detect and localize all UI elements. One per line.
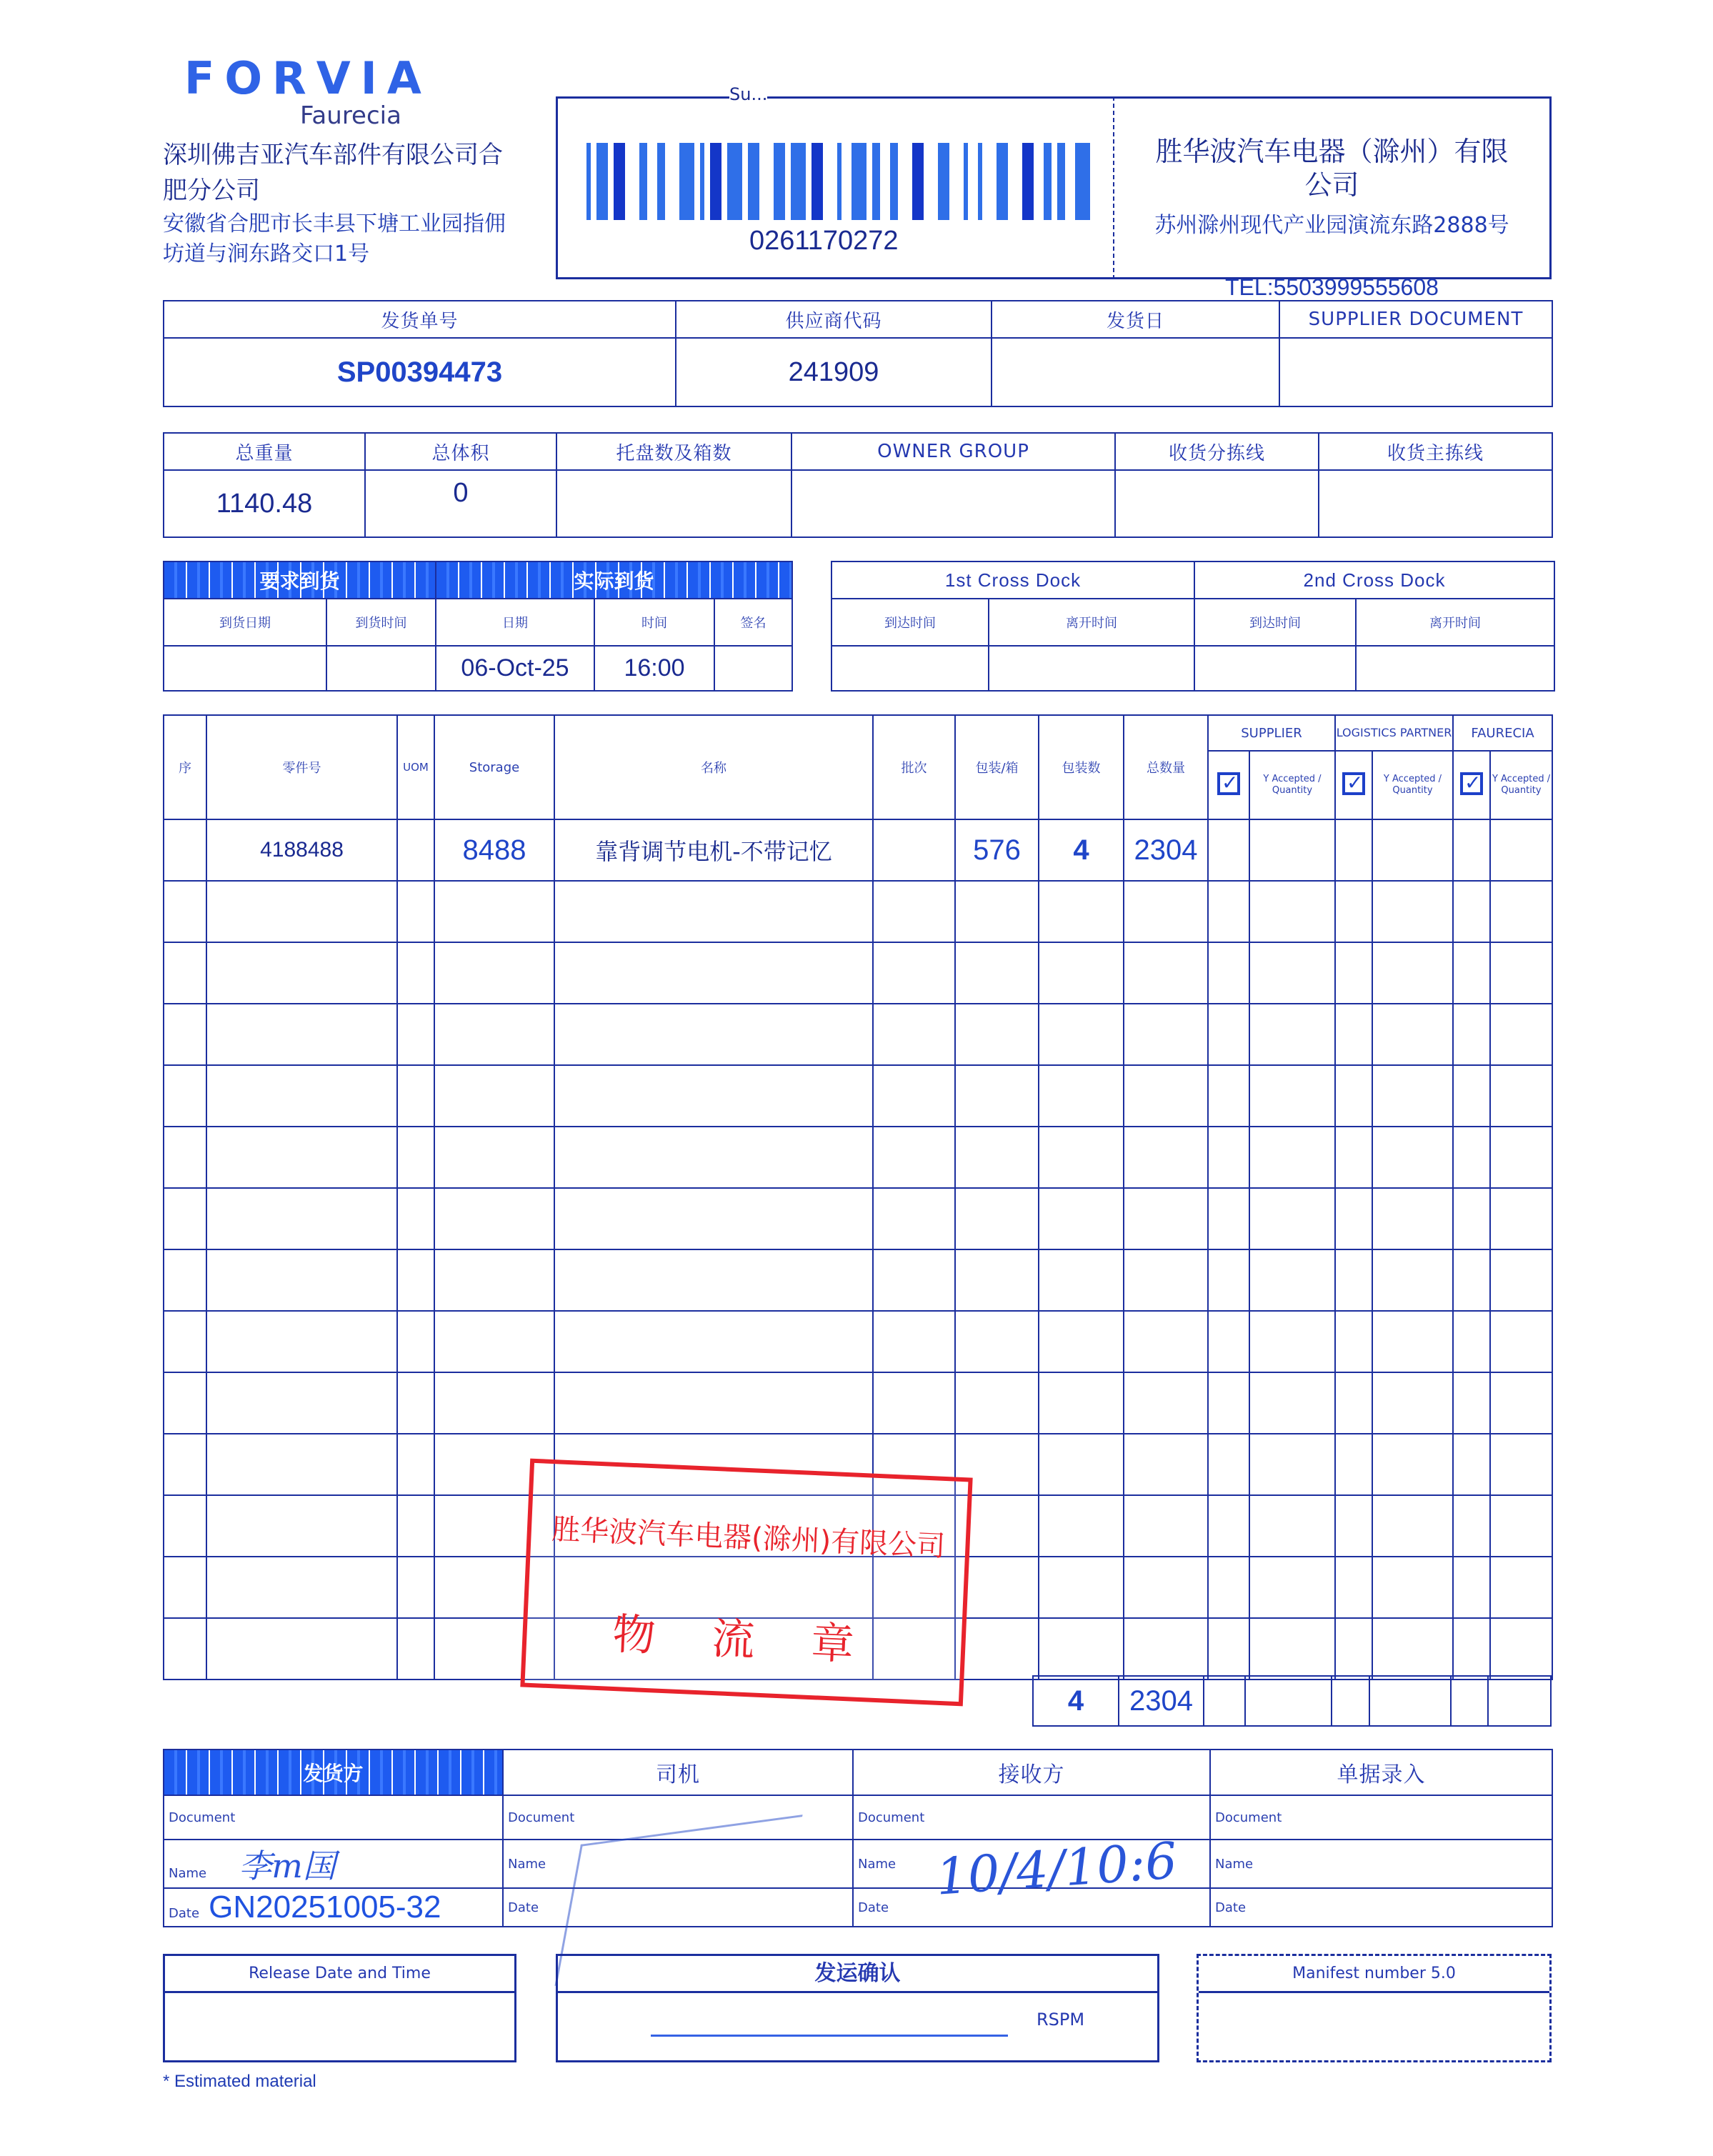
table-row-empty — [164, 1249, 1552, 1311]
header-1st-cross-dock: 1st Cross Dock — [831, 562, 1194, 599]
totals-table: 4 2304 — [1032, 1675, 1552, 1727]
cell-empty — [1335, 1127, 1372, 1188]
value-supplier-document — [1279, 338, 1552, 406]
cell-empty — [1208, 1004, 1249, 1065]
shipper-date-value: GN20251005-32 — [209, 1890, 441, 1925]
cell-empty — [554, 1188, 873, 1249]
entry-name-label: Name — [1210, 1840, 1552, 1888]
cell-empty — [1453, 1065, 1490, 1127]
cell-empty — [873, 1188, 955, 1249]
shipper-name-cell: Name 李m国 — [164, 1840, 503, 1888]
cell-empty — [955, 1618, 1039, 1680]
cell-empty — [1208, 1434, 1249, 1495]
barcode-bar — [938, 143, 949, 220]
value-sort-line — [1115, 470, 1319, 537]
ship-confirm-title: 发运确认 — [558, 1956, 1157, 1993]
cell-empty — [1039, 1495, 1124, 1557]
signature-table: 发货方 司机 接收方 单据录入 Document Document Docume… — [163, 1749, 1553, 1927]
cell-empty — [554, 942, 873, 1004]
cell-empty — [1372, 1065, 1453, 1127]
cell-empty — [397, 1004, 434, 1065]
cell-empty — [873, 1127, 955, 1188]
cell-name: 靠背调节电机-不带记忆 — [554, 819, 873, 881]
release-box: Release Date and Time — [163, 1954, 516, 2062]
cell-empty — [1335, 1372, 1372, 1434]
header-2nd-cross-dock: 2nd Cross Dock — [1194, 562, 1554, 599]
cell-empty — [206, 1249, 397, 1311]
cell-part-no: 4188488 — [206, 819, 397, 881]
value-cd1-arrive — [831, 646, 989, 691]
cell-empty — [1453, 1127, 1490, 1188]
cell-empty — [434, 1311, 554, 1372]
cell-empty — [1372, 1372, 1453, 1434]
total-cell — [1369, 1676, 1451, 1726]
checkbox-checked-icon — [1460, 772, 1483, 795]
band-actual-arrival: 实际到货 — [436, 562, 792, 599]
cell-empty — [1124, 1618, 1208, 1680]
cell-empty — [1124, 1495, 1208, 1557]
barcode-bar — [639, 143, 647, 220]
cell-empty — [1249, 1495, 1335, 1557]
header-act-date: 日期 — [436, 599, 594, 646]
cell-empty — [1490, 1188, 1552, 1249]
cell-empty — [1490, 1127, 1552, 1188]
barcode-bar — [872, 143, 880, 220]
manifest-title: Manifest number 5.0 — [1199, 1956, 1549, 1993]
barcode-bar — [586, 143, 591, 220]
shipper-name-handwritten: 李m国 — [239, 1847, 336, 1885]
cell-empty — [1490, 1618, 1552, 1680]
delivery-table: 要求到货 实际到货 到货日期 到货时间 日期 时间 签名 06-Oct-25 1… — [163, 561, 793, 692]
cell-empty — [1124, 1249, 1208, 1311]
barcode-bar — [1044, 143, 1052, 220]
value-total-volume: 0 — [365, 470, 556, 537]
cell-empty — [1453, 1434, 1490, 1495]
value-main-line — [1319, 470, 1552, 537]
value-act-time: 16:00 — [594, 646, 714, 691]
cell-empty — [955, 1311, 1039, 1372]
cell-empty — [1124, 1065, 1208, 1127]
ship-confirm-line — [651, 2035, 1008, 2037]
check-supplier[interactable] — [1208, 751, 1249, 819]
col-part-no: 零件号 — [206, 715, 397, 819]
col-name: 名称 — [554, 715, 873, 819]
barcode-bar — [1057, 143, 1065, 220]
cell-empty — [1372, 1618, 1453, 1680]
value-act-date: 06-Oct-25 — [436, 646, 594, 691]
header-driver: 司机 — [503, 1750, 853, 1795]
check-faurecia[interactable] — [1453, 751, 1490, 819]
table-row-empty — [164, 1372, 1552, 1434]
cell-empty — [164, 1311, 206, 1372]
cell-empty — [1372, 1311, 1453, 1372]
cell-empty — [1335, 1557, 1372, 1618]
cell-empty — [955, 881, 1039, 942]
header-pallets: 托盘数及箱数 — [556, 433, 791, 470]
cell-empty — [1208, 1618, 1249, 1680]
entry-date-label: Date — [1210, 1888, 1552, 1927]
cell-check — [1453, 819, 1490, 881]
barcode-bar — [837, 143, 841, 220]
logo-sub: Faurecia — [300, 101, 441, 130]
table-row-empty — [164, 1311, 1552, 1372]
table-row: 41884888488靠背调节电机-不带记忆57642304 — [164, 819, 1552, 881]
cell-check — [1490, 819, 1552, 881]
table-row-empty — [164, 881, 1552, 942]
header-req-date: 到货日期 — [164, 599, 326, 646]
cell-empty — [1372, 1495, 1453, 1557]
cell-empty — [1453, 1249, 1490, 1311]
shipper-date-label: Date — [169, 1906, 199, 1921]
cell-empty — [1039, 1557, 1124, 1618]
cell-empty — [1208, 1188, 1249, 1249]
cell-empty — [164, 1188, 206, 1249]
cell-empty — [206, 1495, 397, 1557]
cell-empty — [1453, 1557, 1490, 1618]
cell-empty — [955, 942, 1039, 1004]
cell-empty — [1124, 1127, 1208, 1188]
cell-empty — [397, 1557, 434, 1618]
barcode-bar — [710, 143, 721, 220]
cell-empty — [1372, 1188, 1453, 1249]
cell-empty — [1208, 1372, 1249, 1434]
cell-empty — [1124, 1372, 1208, 1434]
cell-empty — [206, 1188, 397, 1249]
cell-empty — [1453, 1618, 1490, 1680]
cell-empty — [1490, 1311, 1552, 1372]
value-pallets — [556, 470, 791, 537]
col-per-box: 包装/箱 — [955, 715, 1039, 819]
cell-uom — [397, 819, 434, 881]
cell-empty — [397, 1065, 434, 1127]
header-req-time: 到货时间 — [326, 599, 436, 646]
cell-empty — [164, 1434, 206, 1495]
cell-empty — [1039, 1372, 1124, 1434]
header-cd1-arrive: 到达时间 — [831, 599, 989, 646]
cell-empty — [206, 1618, 397, 1680]
cell-empty — [873, 1249, 955, 1311]
total-boxes: 4 — [1033, 1676, 1119, 1726]
total-cell — [1332, 1676, 1369, 1726]
cell-empty — [164, 1372, 206, 1434]
cell-empty — [434, 1127, 554, 1188]
cell-empty — [1372, 1004, 1453, 1065]
band-shipper: 发货方 — [164, 1750, 503, 1795]
value-shipment-no: SP00394473 — [164, 338, 676, 406]
check-label-supplier: Y Accepted / Quantity — [1249, 751, 1335, 819]
customer-address-1: 安徽省合肥市长丰县下塘工业园指佣 — [163, 209, 549, 240]
cell-seq — [164, 819, 206, 881]
cell-empty — [955, 1127, 1039, 1188]
cell-empty — [1335, 1249, 1372, 1311]
footnote: * Estimated material — [163, 2072, 316, 2092]
check-logistics[interactable] — [1335, 751, 1372, 819]
value-cd2-leave — [1356, 646, 1554, 691]
cell-empty — [164, 1495, 206, 1557]
ship-confirm-box: 发运确认 RSPM — [556, 1954, 1159, 2062]
cell-check — [1335, 819, 1372, 881]
group-logistics: LOGISTICS PARTNER — [1335, 715, 1453, 751]
table-row-empty — [164, 1065, 1552, 1127]
cell-empty — [554, 1311, 873, 1372]
cell-empty — [554, 1127, 873, 1188]
header-receiver: 接收方 — [853, 1750, 1210, 1795]
cell-empty — [1039, 1311, 1124, 1372]
cell-empty — [434, 942, 554, 1004]
cell-empty — [434, 1372, 554, 1434]
customer-block: 深圳佛吉亚汽车部件有限公司合 肥分公司 安徽省合肥市长丰县下塘工业园指佣 坊道与… — [163, 137, 549, 269]
logo: FORVIA Faurecia — [184, 56, 441, 141]
group-faurecia: FAURECIA — [1453, 715, 1552, 751]
barcode-bar — [614, 143, 625, 220]
band-required-arrival: 要求到货 — [164, 562, 436, 599]
cell-empty — [1453, 942, 1490, 1004]
cell-empty — [873, 881, 955, 942]
value-cd2-arrive — [1194, 646, 1356, 691]
cell-empty — [206, 1127, 397, 1188]
cell-empty — [1039, 1188, 1124, 1249]
cell-empty — [1335, 1495, 1372, 1557]
logistics-stamp: 胜华波汽车电器(滁州)有限公司 物 流 章 — [520, 1459, 972, 1707]
value-signature — [714, 646, 792, 691]
cell-empty — [873, 1065, 955, 1127]
total-cell — [1451, 1676, 1488, 1726]
cell-empty — [1453, 1311, 1490, 1372]
cell-empty — [1453, 1495, 1490, 1557]
table-row-empty — [164, 942, 1552, 1004]
cell-empty — [955, 1065, 1039, 1127]
col-seq: 序 — [164, 715, 206, 819]
barcode-bar — [791, 143, 806, 220]
cell-empty — [1039, 1434, 1124, 1495]
group-supplier: SUPPLIER — [1208, 715, 1335, 751]
cell-empty — [1490, 942, 1552, 1004]
customer-name-1: 深圳佛吉亚汽车部件有限公司合 — [163, 137, 549, 173]
barcode-box: Su... 0261170272 — [556, 96, 1114, 279]
header-ship-date: 发货日 — [992, 301, 1279, 338]
value-supplier-code: 241909 — [676, 338, 992, 406]
check-label-logistics: Y Accepted / Quantity — [1372, 751, 1453, 819]
cell-empty — [1453, 1004, 1490, 1065]
cell-empty — [554, 1065, 873, 1127]
table-row-empty — [164, 1004, 1552, 1065]
cell-empty — [1208, 1127, 1249, 1188]
cell-empty — [1124, 881, 1208, 942]
cell-empty — [1208, 1249, 1249, 1311]
header-cd2-leave: 离开时间 — [1356, 599, 1554, 646]
supplier-box: 胜华波汽车电器（滁州）有限 公司 苏州滁州现代产业园演流东路2888号 — [1114, 96, 1552, 279]
cell-empty — [397, 1495, 434, 1557]
cell-empty — [1249, 1188, 1335, 1249]
col-batch: 批次 — [873, 715, 955, 819]
cell-empty — [397, 1372, 434, 1434]
checkbox-checked-icon — [1217, 772, 1240, 795]
value-ship-date — [992, 338, 1279, 406]
header-shipment-no: 发货单号 — [164, 301, 676, 338]
cell-empty — [164, 1249, 206, 1311]
cell-empty — [955, 1188, 1039, 1249]
supplier-name-1: 胜华波汽车电器（滁州）有限 — [1114, 134, 1549, 169]
cell-empty — [1249, 1434, 1335, 1495]
manifest-box: Manifest number 5.0 — [1197, 1954, 1552, 2062]
cell-empty — [1249, 942, 1335, 1004]
cell-empty — [164, 1004, 206, 1065]
cell-empty — [955, 1372, 1039, 1434]
cell-empty — [1490, 1249, 1552, 1311]
cell-empty — [397, 1618, 434, 1680]
cell-empty — [434, 1188, 554, 1249]
cell-empty — [434, 881, 554, 942]
shipper-name-label: Name — [169, 1866, 206, 1881]
cell-empty — [1335, 1004, 1372, 1065]
value-req-date — [164, 646, 326, 691]
cell-empty — [1249, 1618, 1335, 1680]
cell-empty — [1453, 1372, 1490, 1434]
cell-empty — [206, 1311, 397, 1372]
supplier-tel: TEL:5503999555608 — [1225, 274, 1439, 301]
cell-empty — [1372, 1434, 1453, 1495]
cell-empty — [1124, 1188, 1208, 1249]
cell-empty — [554, 1249, 873, 1311]
cell-empty — [1335, 1065, 1372, 1127]
shipper-doc-label: Document — [164, 1795, 503, 1840]
cell-empty — [397, 942, 434, 1004]
col-boxes: 包装数 — [1039, 715, 1124, 819]
cell-empty — [206, 1065, 397, 1127]
cell-empty — [434, 1004, 554, 1065]
barcode-bar — [596, 143, 608, 220]
col-storage: Storage — [434, 715, 554, 819]
cell-empty — [1490, 1004, 1552, 1065]
ship-confirm-sub: RSPM — [1037, 2010, 1084, 2030]
cell-empty — [1208, 881, 1249, 942]
cell-empty — [164, 1065, 206, 1127]
cell-empty — [434, 1065, 554, 1127]
barcode-bar — [890, 143, 898, 220]
cell-empty — [206, 1372, 397, 1434]
cell-empty — [1249, 1065, 1335, 1127]
cell-empty — [1124, 1434, 1208, 1495]
total-cell — [1204, 1676, 1245, 1726]
cell-empty — [1490, 881, 1552, 942]
header-total-volume: 总体积 — [365, 433, 556, 470]
barcode-bar — [997, 143, 1008, 220]
cell-empty — [397, 1127, 434, 1188]
customer-address-2: 坊道与涧东路交口1号 — [163, 240, 549, 269]
total-cell — [1488, 1676, 1551, 1726]
cell-empty — [164, 1618, 206, 1680]
cell-empty — [1490, 1434, 1552, 1495]
check-label-faurecia: Y Accepted / Quantity — [1490, 751, 1552, 819]
cell-empty — [397, 1188, 434, 1249]
cell-empty — [164, 1127, 206, 1188]
cell-empty — [164, 881, 206, 942]
stamp-company: 胜华波汽车电器(滁州)有限公司 — [531, 1506, 967, 1565]
info-table-1: 发货单号 供应商代码 发货日 SUPPLIER DOCUMENT SP00394… — [163, 300, 1553, 407]
cell-empty — [1208, 942, 1249, 1004]
cell-empty — [1208, 1311, 1249, 1372]
header-act-time: 时间 — [594, 599, 714, 646]
header-main-line: 收货主拣线 — [1319, 433, 1552, 470]
info-table-2: 总重量 总体积 托盘数及箱数 OWNER GROUP 收货分拣线 收货主拣线 1… — [163, 432, 1553, 538]
supplier-address: 苏州滁州现代产业园演流东路2888号 — [1114, 207, 1549, 239]
cell-empty — [1372, 1249, 1453, 1311]
value-cd1-leave — [989, 646, 1194, 691]
cell-empty — [1124, 1311, 1208, 1372]
header-supplier-code: 供应商代码 — [676, 301, 992, 338]
header-owner-group: OWNER GROUP — [791, 433, 1115, 470]
cell-empty — [873, 1311, 955, 1372]
cell-empty — [164, 1557, 206, 1618]
col-total-qty: 总数量 — [1124, 715, 1208, 819]
barcode-bar — [679, 143, 694, 220]
barcode-caption: Su... — [729, 84, 767, 104]
logo-brand: FORVIA — [184, 56, 441, 101]
cell-empty — [873, 1372, 955, 1434]
cell-boxes: 4 — [1039, 819, 1124, 881]
barcode-bar — [1022, 143, 1034, 220]
header-signature: 签名 — [714, 599, 792, 646]
cell-empty — [1249, 1249, 1335, 1311]
table-row-empty — [164, 1188, 1552, 1249]
cell-empty — [1249, 1372, 1335, 1434]
cell-empty — [164, 942, 206, 1004]
cell-empty — [397, 1311, 434, 1372]
cell-empty — [397, 881, 434, 942]
cell-empty — [434, 1249, 554, 1311]
checkbox-checked-icon — [1342, 772, 1365, 795]
cell-empty — [1490, 1065, 1552, 1127]
cell-empty — [397, 1249, 434, 1311]
header-doc-entry: 单据录入 — [1210, 1750, 1552, 1795]
cell-batch — [873, 819, 955, 881]
cell-empty — [206, 942, 397, 1004]
cell-empty — [1453, 881, 1490, 942]
barcode-bar — [811, 143, 823, 220]
cell-empty — [1039, 1618, 1124, 1680]
receiver-name-label: Name — [858, 1857, 896, 1872]
barcode-bar — [912, 143, 924, 220]
cell-empty — [206, 1557, 397, 1618]
cell-empty — [1490, 1495, 1552, 1557]
cell-empty — [1372, 881, 1453, 942]
cell-empty — [1039, 881, 1124, 942]
header-supplier-document: SUPPLIER DOCUMENT — [1279, 301, 1552, 338]
header-cd1-leave: 离开时间 — [989, 599, 1194, 646]
col-uom: UOM — [397, 715, 434, 819]
entry-doc-label: Document — [1210, 1795, 1552, 1840]
cell-empty — [1372, 1127, 1453, 1188]
cell-storage: 8488 — [434, 819, 554, 881]
value-total-weight: 1140.48 — [164, 470, 365, 537]
cell-empty — [1490, 1372, 1552, 1434]
cell-empty — [873, 1004, 955, 1065]
barcode-bar — [748, 143, 759, 220]
cell-empty — [1453, 1188, 1490, 1249]
cell-empty — [1124, 1557, 1208, 1618]
cell-total-qty: 2304 — [1124, 819, 1208, 881]
cell-empty — [1039, 1004, 1124, 1065]
cross-dock-table: 1st Cross Dock 2nd Cross Dock 到达时间 离开时间 … — [831, 561, 1555, 692]
barcode-bar — [851, 143, 867, 220]
cell-empty — [1249, 1557, 1335, 1618]
cell-empty — [1039, 1249, 1124, 1311]
cell-empty — [1039, 1127, 1124, 1188]
cell-empty — [1490, 1557, 1552, 1618]
cell-empty — [1249, 1004, 1335, 1065]
cell-empty — [1039, 1065, 1124, 1127]
cell-empty — [206, 1434, 397, 1495]
